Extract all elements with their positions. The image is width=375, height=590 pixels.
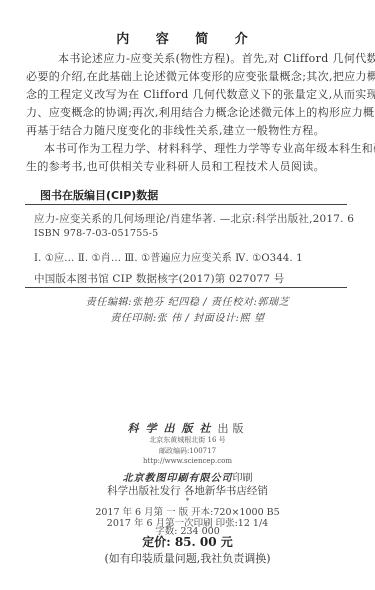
paragraph-line: 再基于结合力随尺度变化的非线性关系,建立一般物性方程。: [26, 122, 325, 140]
publisher-logo-text: 科学出版社: [128, 422, 218, 435]
paragraph-line: 必要的介绍,在此基础上论述微元体变形的应变张量概念;其次,把应力概: [26, 68, 375, 86]
paragraph-line: 生的参考书,也可供相关专业科研人员和工程技术人员阅读。: [26, 158, 325, 176]
credits-line-production: 责任印制:张 伟 / 封面设计:熙 望: [0, 309, 375, 324]
cip-header: 图书在版编目(CIP)数据: [40, 187, 158, 203]
publisher-website: http://www.sciencep.com: [0, 457, 375, 465]
summary-title: 内 容 简 介: [0, 28, 375, 47]
cip-number: 中国版本图书馆 CIP 数据核字(2017)第 027077 号: [34, 271, 285, 286]
cip-top-rule: [25, 204, 347, 205]
quality-note: (如有印装质量问题,我社负责调换): [0, 550, 375, 566]
credits-line-editors: 责任编辑:张艳芬 纪四稳 / 责任校对:郭瑞芝: [0, 293, 375, 308]
cip-isbn: ISBN 978-7-03-051755-5: [34, 228, 158, 239]
printer-line: 北京教图印刷有限公司印刷: [0, 469, 375, 484]
cip-bottom-rule: [25, 287, 347, 288]
publisher-name: 科学出版社出版: [0, 420, 375, 436]
paragraph-line: 念的工程定义改写为在 Clifford 几何代数意义下的张量定义,从而实现应: [26, 86, 375, 104]
paragraph-line: 力、应变概念的协调;再次,利用结合力概念论述微元体上的构形应力概念,: [26, 104, 375, 122]
price: 定价: 85. 00 元: [0, 533, 375, 550]
cip-title-line: 应力-应变关系的几何场理论/肖建华著. —北京:科学出版社,2017. 6: [34, 211, 354, 226]
publisher-postcode: 邮政编码:100717: [0, 446, 375, 456]
distribution-line: 科学出版社发行 各地新华书店经销: [0, 483, 375, 498]
publisher-suffix: 出版: [218, 422, 248, 435]
cip-classification: Ⅰ. ①应… Ⅱ. ①肖… Ⅲ. ①普遍应力应变关系 Ⅳ. ①O344. 1: [34, 249, 303, 264]
paragraph-line: 本书论述应力-应变关系(物性方程)。首先,对 Clifford 几何代数进行: [58, 50, 375, 68]
publisher-address: 北京东黄城根北街 16 号: [0, 435, 375, 445]
paragraph-line: 本书可作为工程力学、材料科学、理性力学等专业高年级本科生和研究: [44, 140, 375, 158]
